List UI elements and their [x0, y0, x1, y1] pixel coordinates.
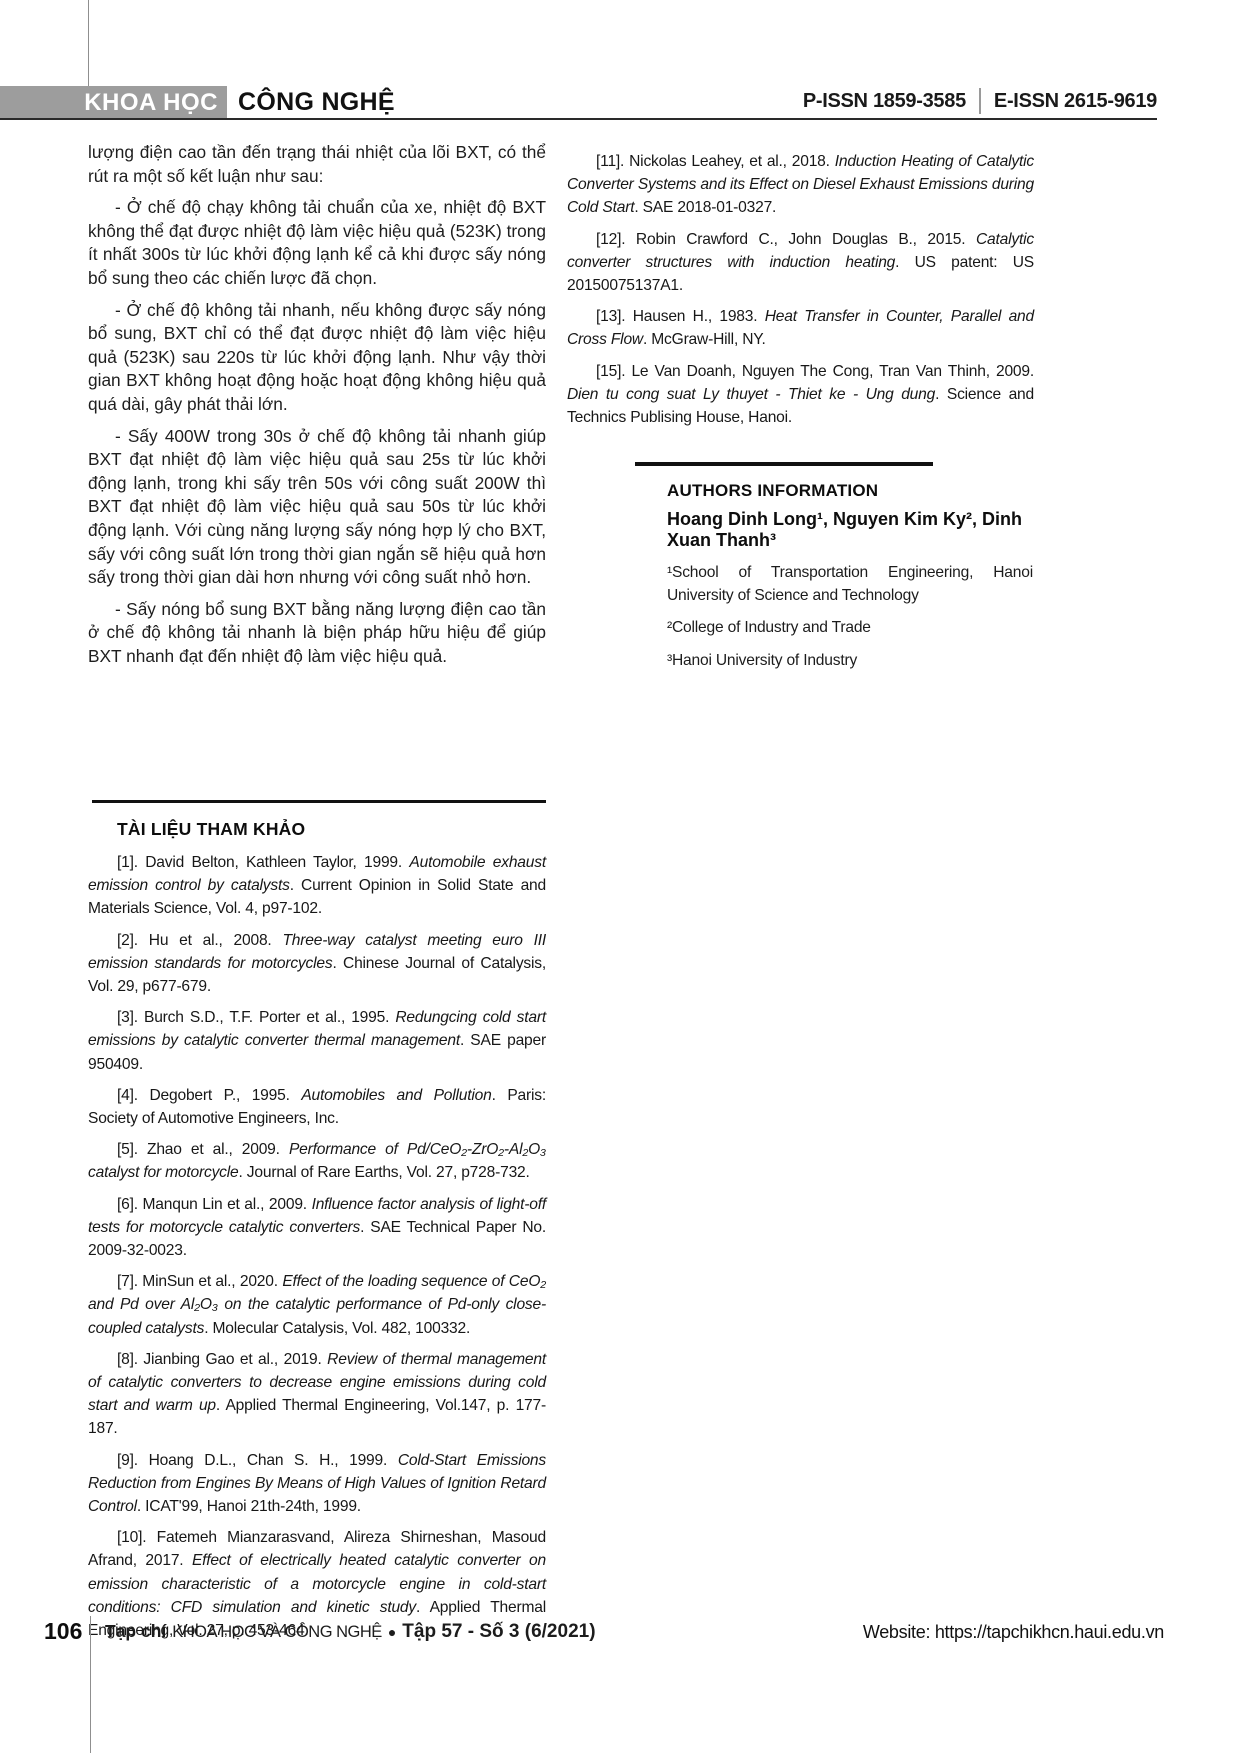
page-number: 106: [44, 1618, 82, 1645]
references-rule: [92, 800, 546, 803]
journal-prefix: Tạp chí: [105, 1621, 166, 1642]
affiliation: ³Hanoi University of Industry: [667, 650, 1033, 673]
affiliation: ²College of Industry and Trade: [667, 617, 1033, 640]
journal-page: KHOA HỌC CÔNG NGHỆ P-ISSN 1859-3585 E-IS…: [0, 0, 1240, 1753]
e-issn-label: E-ISSN 2615-9619: [994, 90, 1157, 113]
footer-website: Website: https://tapchikhcn.haui.edu.vn: [863, 1622, 1164, 1643]
reference-item: [13]. Hausen H., 1983. Heat Transfer in …: [567, 305, 1034, 351]
header-rule: [0, 118, 1157, 120]
reference-item: [15]. Le Van Doanh, Nguyen The Cong, Tra…: [567, 360, 1034, 430]
reference-item: [3]. Burch S.D., T.F. Porter et al., 199…: [88, 1006, 546, 1076]
conclusions-text: lượng điện cao tần đến trạng thái nhiệt …: [88, 141, 546, 676]
conclusion-paragraph: - Sấy 400W trong 30s ở chế độ không tải …: [88, 425, 546, 590]
references-heading: TÀI LIỆU THAM KHẢO: [88, 819, 546, 840]
section-label-cong-nghe: CÔNG NGHỆ: [238, 86, 395, 118]
issn-divider: [979, 88, 981, 114]
issn-block: P-ISSN 1859-3585 E-ISSN 2615-9619: [780, 86, 1157, 116]
reference-item: [9]. Hoang D.L., Chan S. H., 1999. Cold-…: [88, 1449, 546, 1519]
footer-divider-line: [90, 1616, 91, 1753]
reference-item: [1]. David Belton, Kathleen Taylor, 1999…: [88, 851, 546, 921]
p-issn-label: P-ISSN 1859-3585: [803, 90, 966, 113]
reference-item: [2]. Hu et al., 2008. Three-way catalyst…: [88, 929, 546, 999]
reference-item: [12]. Robin Crawford C., John Douglas B.…: [567, 228, 1034, 298]
section-label-box: KHOA HỌC: [0, 86, 227, 118]
references-section-left: TÀI LIỆU THAM KHẢO [1]. David Belton, Ka…: [88, 800, 546, 1650]
references-section-right: [11]. Nickolas Leahey, et al., 2018. Ind…: [567, 150, 1034, 437]
reference-item: [8]. Jianbing Gao et al., 2019. Review o…: [88, 1348, 546, 1441]
journal-name: KHOA HỌC VÀ CÔNG NGHỆ: [172, 1623, 382, 1642]
section-label-khoa-hoc: KHOA HỌC: [0, 86, 227, 118]
reference-item: [5]. Zhao et al., 2009. Performance of P…: [88, 1138, 546, 1184]
affiliation: ¹School of Transportation Engineering, H…: [667, 562, 1033, 607]
conclusion-paragraph: - Sấy nóng bổ sung BXT bằng năng lượng đ…: [88, 598, 546, 669]
issue-label: Tập 57 - Số 3 (6/2021): [402, 1621, 595, 1643]
authors-info-heading: AUTHORS INFORMATION: [667, 481, 1033, 501]
conclusion-paragraph: lượng điện cao tần đến trạng thái nhiệt …: [88, 141, 546, 188]
authors-info-rule: [635, 462, 933, 466]
top-margin-line: [88, 0, 89, 87]
authors-names: Hoang Dinh Long¹, Nguyen Kim Ky², Dinh X…: [667, 509, 1033, 551]
reference-item: [6]. Manqun Lin et al., 2009. Influence …: [88, 1193, 546, 1263]
reference-item: [4]. Degobert P., 1995. Automobiles and …: [88, 1084, 546, 1130]
reference-item: [7]. MinSun et al., 2020. Effect of the …: [88, 1270, 546, 1340]
reference-item: [11]. Nickolas Leahey, et al., 2018. Ind…: [567, 150, 1034, 220]
footer-journal-line: Tạp chí KHOA HỌC VÀ CÔNG NGHỆ ● Tập 57 -…: [105, 1621, 596, 1643]
footer-bullet: ●: [388, 1624, 396, 1640]
conclusion-paragraph: - Ở chế độ chạy không tải chuẩn của xe, …: [88, 196, 546, 290]
authors-info-section: AUTHORS INFORMATION Hoang Dinh Long¹, Ng…: [635, 462, 1035, 682]
conclusion-paragraph: - Ở chế độ không tải nhanh, nếu không đư…: [88, 299, 546, 417]
